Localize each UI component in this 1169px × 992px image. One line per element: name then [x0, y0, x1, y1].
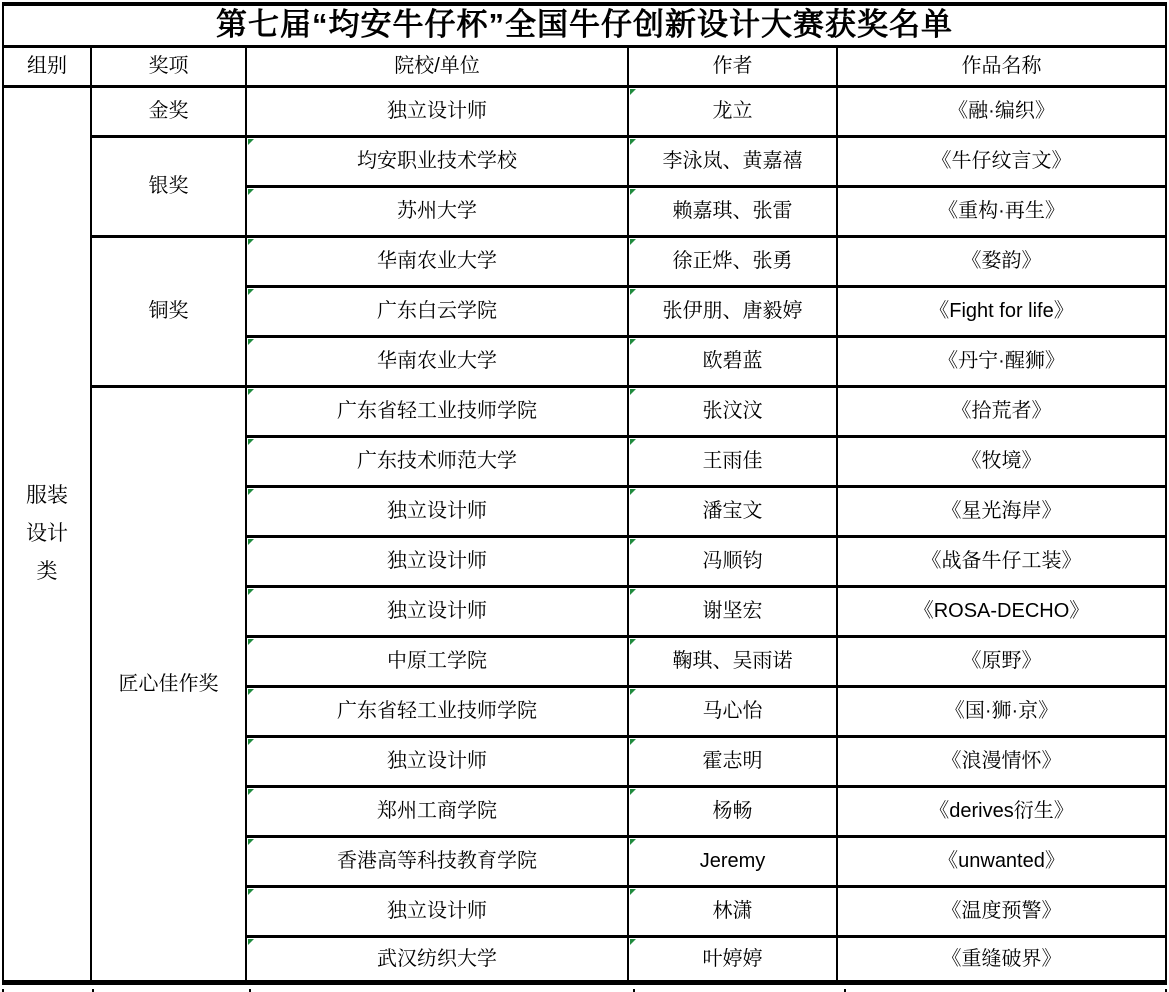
- institution-text: 华南农业大学: [377, 349, 497, 374]
- work-cell: 《婺韵》: [838, 238, 1165, 288]
- author-text: 张汶汶: [703, 399, 763, 424]
- author-cell: 龙立: [629, 88, 838, 138]
- author-cell: 冯顺钧: [629, 538, 838, 588]
- award-cell-bronze: 铜奖: [92, 238, 247, 388]
- awards-table: 第七届“均安牛仔杯”全国牛仔创新设计大赛获奖名单 组别 奖项 院校/单位 作者 …: [2, 2, 1167, 985]
- author-text: 李泳岚、黄嘉禧: [663, 149, 803, 174]
- institution-text: 郑州工商学院: [377, 799, 497, 824]
- author-text: 徐正烨、张勇: [673, 249, 793, 274]
- group-line-2: 设计: [26, 515, 68, 553]
- institution-cell: 武汉纺织大学: [247, 938, 629, 983]
- author-cell: 潘宝文: [629, 488, 838, 538]
- institution-cell: 广东白云学院: [247, 288, 629, 338]
- award-cell-silver: 银奖: [92, 138, 247, 238]
- institution-cell: 广东省轻工业技师学院: [247, 688, 629, 738]
- institution-text: 中原工学院: [387, 649, 487, 674]
- author-text: 叶婷婷: [703, 947, 763, 972]
- award-cell-gold: 金奖: [92, 88, 247, 138]
- institution-text: 独立设计师: [387, 599, 487, 624]
- cell-error-marker-icon: [248, 889, 254, 895]
- institution-text: 独立设计师: [387, 749, 487, 774]
- institution-cell: 独立设计师: [247, 538, 629, 588]
- institution-cell: 独立设计师: [247, 488, 629, 538]
- group-line-1: 服装: [26, 477, 68, 515]
- institution-cell: 独立设计师: [247, 738, 629, 788]
- institution-cell: 香港高等科技教育学院: [247, 838, 629, 888]
- institution-text: 独立设计师: [387, 549, 487, 574]
- author-text: 欧碧蓝: [703, 349, 763, 374]
- work-text: 《拾荒者》: [952, 399, 1052, 424]
- cell-error-marker-icon: [248, 589, 254, 595]
- author-cell: 霍志明: [629, 738, 838, 788]
- work-text: 《婺韵》: [962, 249, 1042, 274]
- work-text: 《原野》: [962, 649, 1042, 674]
- cell-error-marker-icon: [248, 339, 254, 345]
- work-cell: 《Fight for life》: [838, 288, 1165, 338]
- author-text: 赖嘉琪、张雷: [673, 199, 793, 224]
- cell-error-marker-icon: [630, 589, 636, 595]
- author-cell: 赖嘉琪、张雷: [629, 188, 838, 238]
- work-cell: 《牧境》: [838, 438, 1165, 488]
- institution-text: 广东省轻工业技师学院: [337, 699, 537, 724]
- cell-error-marker-icon: [630, 439, 636, 445]
- institution-cell: 广东省轻工业技师学院: [247, 388, 629, 438]
- cell-error-marker-icon: [630, 489, 636, 495]
- work-cell: 《融·编织》: [838, 88, 1165, 138]
- author-cell: 叶婷婷: [629, 938, 838, 983]
- author-cell: 林潇: [629, 888, 838, 938]
- cell-error-marker-icon: [248, 239, 254, 245]
- cell-error-marker-icon: [248, 439, 254, 445]
- institution-text: 华南农业大学: [377, 249, 497, 274]
- cell-error-marker-icon: [630, 689, 636, 695]
- work-cell: 《星光海岸》: [838, 488, 1165, 538]
- author-text: 杨畅: [713, 799, 753, 824]
- work-text: 《战备牛仔工装》: [922, 549, 1082, 574]
- group-cell-apparel-design: 服装 设计 类: [4, 88, 92, 983]
- work-text: 《derives衍生》: [929, 799, 1073, 824]
- column-header-author: 作者: [629, 48, 838, 88]
- institution-cell: 均安职业技术学校: [247, 138, 629, 188]
- cell-error-marker-icon: [248, 389, 254, 395]
- cell-error-marker-icon: [630, 889, 636, 895]
- author-text: 张伊朋、唐毅婷: [663, 299, 803, 324]
- cell-error-marker-icon: [630, 339, 636, 345]
- work-text: 《unwanted》: [938, 849, 1065, 874]
- cell-error-marker-icon: [630, 639, 636, 645]
- institution-text: 广东技术师范大学: [357, 449, 517, 474]
- work-text: 《丹宁·醒狮》: [938, 349, 1065, 374]
- author-cell: 张汶汶: [629, 388, 838, 438]
- cell-error-marker-icon: [248, 789, 254, 795]
- institution-cell: 华南农业大学: [247, 238, 629, 288]
- work-text: 《融·编织》: [948, 99, 1055, 124]
- cell-error-marker-icon: [248, 139, 254, 145]
- institution-cell: 独立设计师: [247, 588, 629, 638]
- work-cell: 《国·狮·京》: [838, 688, 1165, 738]
- cell-error-marker-icon: [630, 789, 636, 795]
- author-text: 冯顺钧: [703, 549, 763, 574]
- work-text: 《牛仔纹言文》: [932, 149, 1072, 174]
- work-cell: 《重缝破界》: [838, 938, 1165, 983]
- work-cell: 《derives衍生》: [838, 788, 1165, 838]
- institution-text: 独立设计师: [387, 499, 487, 524]
- author-text: 霍志明: [703, 749, 763, 774]
- author-cell: 马心怡: [629, 688, 838, 738]
- institution-text: 均安职业技术学校: [357, 149, 517, 174]
- institution-text: 苏州大学: [397, 199, 477, 224]
- work-text: 《温度预警》: [942, 899, 1062, 924]
- author-text: Jeremy: [700, 849, 766, 874]
- institution-text: 广东白云学院: [377, 299, 497, 324]
- author-text: 王雨佳: [703, 449, 763, 474]
- work-text: 《Fight for life》: [929, 299, 1073, 324]
- cell-error-marker-icon: [630, 539, 636, 545]
- institution-text: 独立设计师: [387, 99, 487, 124]
- institution-text: 广东省轻工业技师学院: [337, 399, 537, 424]
- award-list-page: 第七届“均安牛仔杯”全国牛仔创新设计大赛获奖名单 组别 奖项 院校/单位 作者 …: [0, 0, 1169, 992]
- institution-cell: 华南农业大学: [247, 338, 629, 388]
- cell-error-marker-icon: [248, 689, 254, 695]
- work-cell: 《牛仔纹言文》: [838, 138, 1165, 188]
- column-header-institution: 院校/单位: [247, 48, 629, 88]
- work-cell: 《ROSA-DECHO》: [838, 588, 1165, 638]
- work-text: 《重缝破界》: [942, 947, 1062, 972]
- author-text: 潘宝文: [703, 499, 763, 524]
- cell-error-marker-icon: [248, 289, 254, 295]
- work-text: 《浪漫情怀》: [942, 749, 1062, 774]
- institution-text: 香港高等科技教育学院: [337, 849, 537, 874]
- author-cell: 谢坚宏: [629, 588, 838, 638]
- award-cell-craft: 匠心佳作奖: [92, 388, 247, 983]
- author-cell: 王雨佳: [629, 438, 838, 488]
- page-title: 第七届“均安牛仔杯”全国牛仔创新设计大赛获奖名单: [4, 6, 1165, 48]
- author-cell: Jeremy: [629, 838, 838, 888]
- institution-cell: 苏州大学: [247, 188, 629, 238]
- author-cell: 杨畅: [629, 788, 838, 838]
- work-text: 《重构·再生》: [938, 199, 1065, 224]
- cell-error-marker-icon: [630, 839, 636, 845]
- cell-error-marker-icon: [248, 539, 254, 545]
- author-text: 马心怡: [703, 699, 763, 724]
- work-cell: 《拾荒者》: [838, 388, 1165, 438]
- column-header-award: 奖项: [92, 48, 247, 88]
- work-cell: 《原野》: [838, 638, 1165, 688]
- cell-error-marker-icon: [248, 939, 254, 945]
- institution-cell: 独立设计师: [247, 888, 629, 938]
- column-header-work: 作品名称: [838, 48, 1165, 88]
- column-header-group: 组别: [4, 48, 92, 88]
- work-text: 《国·狮·京》: [945, 699, 1058, 724]
- institution-text: 独立设计师: [387, 899, 487, 924]
- work-cell: 《浪漫情怀》: [838, 738, 1165, 788]
- institution-cell: 广东技术师范大学: [247, 438, 629, 488]
- work-cell: 《温度预警》: [838, 888, 1165, 938]
- cell-error-marker-icon: [630, 239, 636, 245]
- work-text: 《星光海岸》: [942, 499, 1062, 524]
- author-cell: 李泳岚、黄嘉禧: [629, 138, 838, 188]
- cell-error-marker-icon: [248, 639, 254, 645]
- cell-error-marker-icon: [630, 189, 636, 195]
- author-text: 鞠琪、吴雨诺: [673, 649, 793, 674]
- cell-error-marker-icon: [248, 489, 254, 495]
- institution-text: 武汉纺织大学: [377, 947, 497, 972]
- cell-error-marker-icon: [248, 189, 254, 195]
- institution-cell: 中原工学院: [247, 638, 629, 688]
- group-line-3: 类: [37, 553, 58, 591]
- work-text: 《ROSA-DECHO》: [914, 599, 1090, 624]
- work-cell: 《重构·再生》: [838, 188, 1165, 238]
- author-cell: 欧碧蓝: [629, 338, 838, 388]
- work-cell: 《战备牛仔工装》: [838, 538, 1165, 588]
- author-cell: 鞠琪、吴雨诺: [629, 638, 838, 688]
- author-text: 谢坚宏: [703, 599, 763, 624]
- work-text: 《牧境》: [962, 449, 1042, 474]
- author-text: 林潇: [713, 899, 753, 924]
- institution-cell: 郑州工商学院: [247, 788, 629, 838]
- work-cell: 《丹宁·醒狮》: [838, 338, 1165, 388]
- cell-error-marker-icon: [630, 89, 636, 95]
- cell-error-marker-icon: [248, 839, 254, 845]
- cell-error-marker-icon: [630, 139, 636, 145]
- cell-error-marker-icon: [630, 389, 636, 395]
- author-cell: 徐正烨、张勇: [629, 238, 838, 288]
- author-text: 龙立: [713, 99, 753, 124]
- cell-error-marker-icon: [248, 739, 254, 745]
- cell-error-marker-icon: [630, 289, 636, 295]
- cell-error-marker-icon: [630, 739, 636, 745]
- author-cell: 张伊朋、唐毅婷: [629, 288, 838, 338]
- work-cell: 《unwanted》: [838, 838, 1165, 888]
- institution-cell: 独立设计师: [247, 88, 629, 138]
- cell-error-marker-icon: [630, 939, 636, 945]
